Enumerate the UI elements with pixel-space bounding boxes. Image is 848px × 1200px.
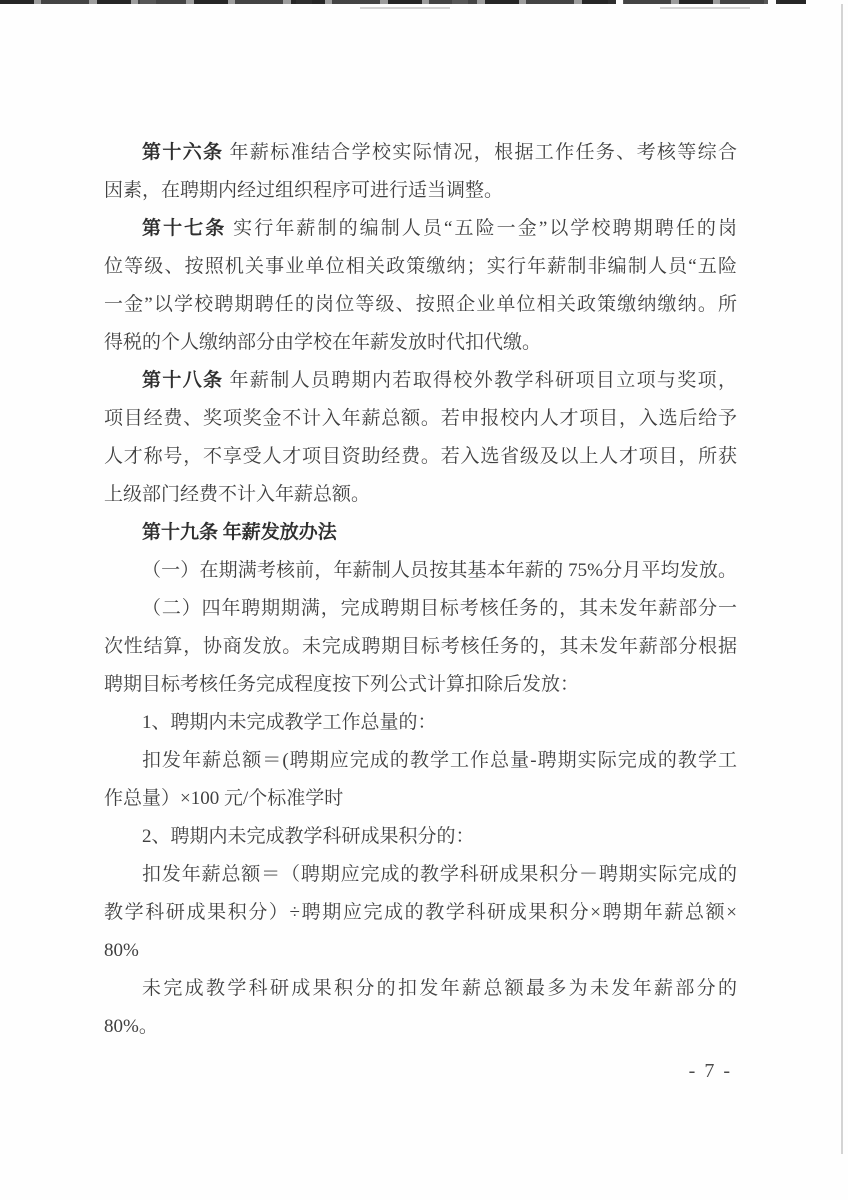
page-number: - 7 - (689, 1056, 732, 1086)
text-line: 扣发年薪总额＝(聘期应完成的教学工作总量-聘期实际完成的教学工 (104, 742, 737, 780)
text-line: 第十八条 年薪制人员聘期内若取得校外教学科研项目立项与奖项， (104, 362, 737, 400)
text-line: 80% (104, 932, 737, 970)
article-heading: 第十七条 (142, 218, 226, 239)
scan-artifact-right-edge-line (841, 4, 843, 1154)
text-line: 次性结算，协商发放。未完成聘期目标考核任务的，其未发年薪部分根据 (104, 628, 737, 666)
text-line: 聘期目标考核任务完成程度按下列公式计算扣除后发放： (104, 666, 737, 704)
text-line: 因素，在聘期内经过组织程序可进行适当调整。 (104, 172, 737, 210)
text-line: 第十七条 实行年薪制的编制人员“五险一金”以学校聘期聘任的岗 (104, 210, 737, 248)
scan-artifact-top-edge-secondary (240, 7, 800, 9)
article-heading: 第十九条 年薪发放办法 (142, 522, 337, 543)
text-line: 第十九条 年薪发放办法 (104, 514, 737, 552)
text-line: 人才称号，不享受人才项目资助经费。若入选省级及以上人才项目，所获 (104, 438, 737, 476)
text-line: 作总量）×100 元/个标准学时 (104, 780, 737, 818)
text-line: 2、聘期内未完成教学科研成果积分的： (104, 818, 737, 856)
article-heading: 第十六条 (142, 142, 223, 163)
text-line: 80%。 (104, 1008, 737, 1046)
text-line: （一）在期满考核前，年薪制人员按其基本年薪的 75%分月平均发放。 (104, 552, 737, 590)
text-line: 得税的个人缴纳部分由学校在年薪发放时代扣代缴。 (104, 324, 737, 362)
text-line: 未完成教学科研成果积分的扣发年薪总额最多为未发年薪部分的 (104, 970, 737, 1008)
text-line: 上级部门经费不计入年薪总额。 (104, 476, 737, 514)
document-body: 第十六条 年薪标准结合学校实际情况，根据工作任务、考核等综合因素，在聘期内经过组… (104, 134, 737, 1046)
text-line: 1、聘期内未完成教学工作总量的： (104, 704, 737, 742)
text-line: （二）四年聘期期满，完成聘期目标考核任务的，其未发年薪部分一 (104, 590, 737, 628)
scanned-document-page: 第十六条 年薪标准结合学校实际情况，根据工作任务、考核等综合因素，在聘期内经过组… (0, 0, 848, 1200)
text-line: 扣发年薪总额＝（聘期应完成的教学科研成果积分－聘期实际完成的 (104, 856, 737, 894)
scan-artifact-top-edge (0, 0, 806, 4)
text-line: 位等级、按照机关事业单位相关政策缴纳；实行年薪制非编制人员“五险 (104, 248, 737, 286)
text-line: 第十六条 年薪标准结合学校实际情况，根据工作任务、考核等综合 (104, 134, 737, 172)
article-heading: 第十八条 (142, 370, 223, 391)
text-line: 教学科研成果积分）÷聘期应完成的教学科研成果积分×聘期年薪总额× (104, 894, 737, 932)
text-line: 项目经费、奖项奖金不计入年薪总额。若申报校内人才项目，入选后给予 (104, 400, 737, 438)
text-line: 一金”以学校聘期聘任的岗位等级、按照企业单位相关政策缴纳缴纳。所 (104, 286, 737, 324)
